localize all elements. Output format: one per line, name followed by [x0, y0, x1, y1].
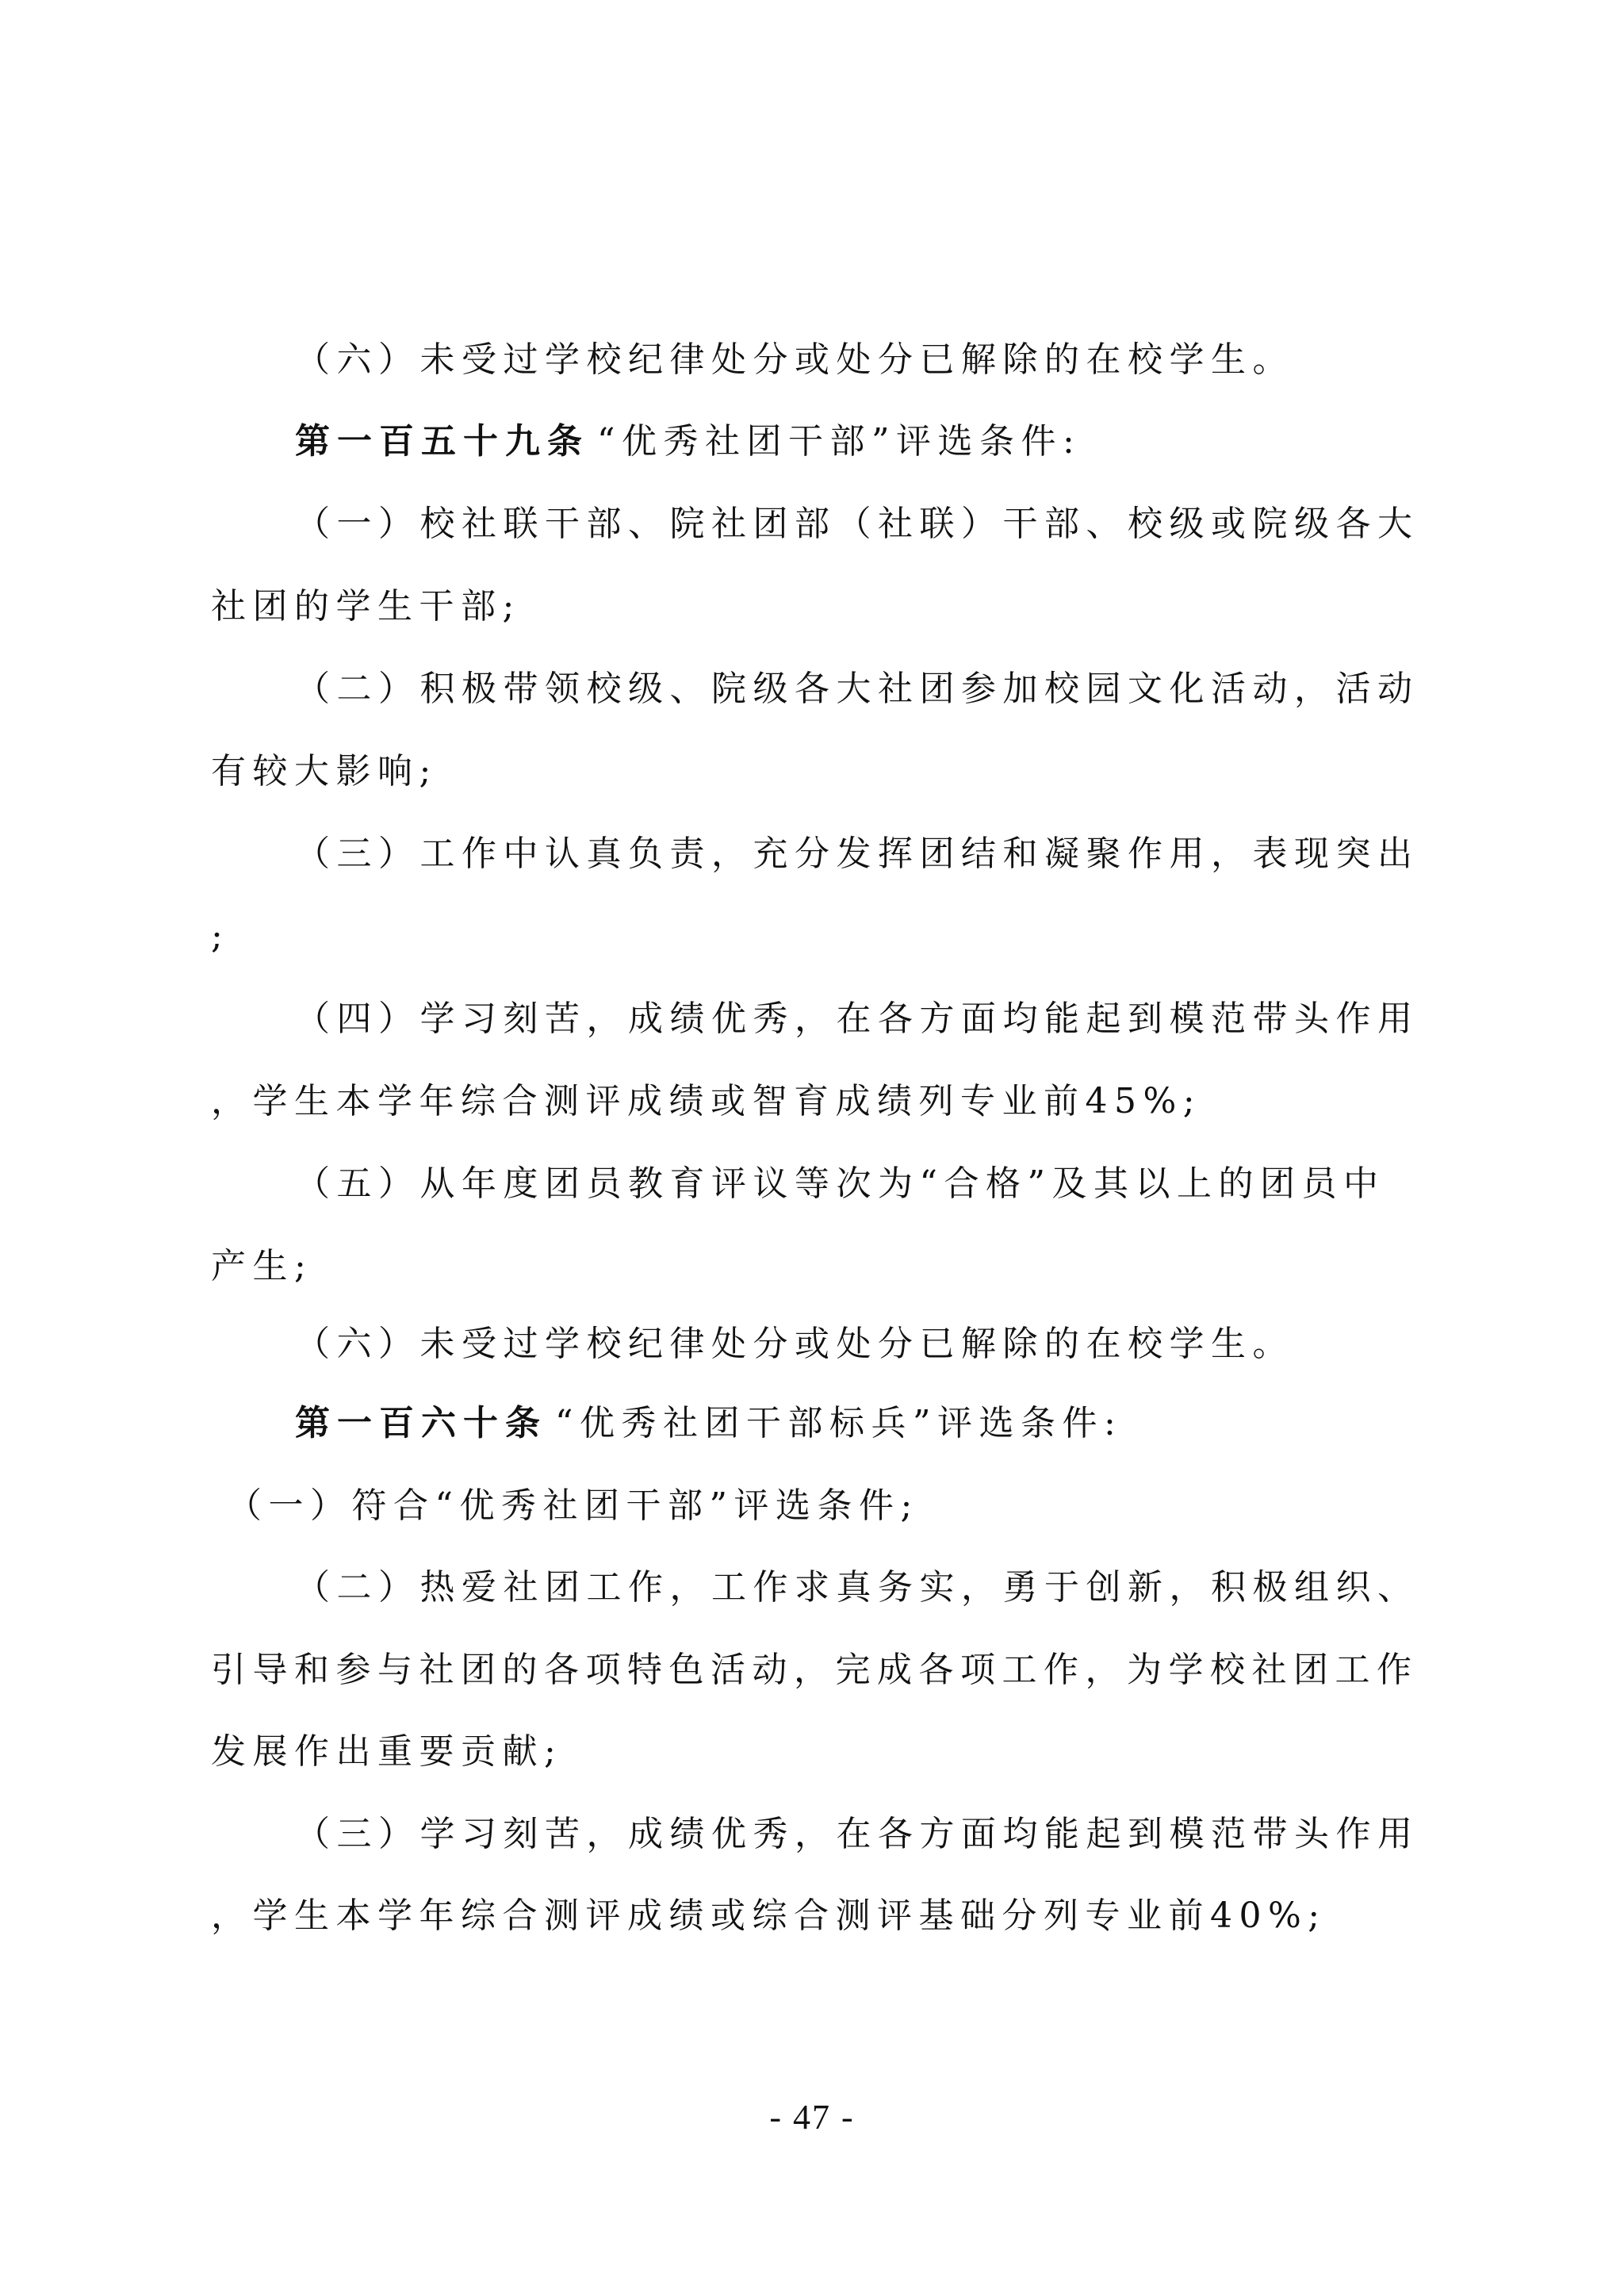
- clause-6-article-158: （六）未受过学校纪律处分或处分已解除的在校学生。: [295, 336, 1532, 384]
- article-160-clause-3: （三）学习刻苦，成绩优秀，在各方面均能起到模范带头作用: [295, 1811, 1532, 1858]
- article-160-clause-2-cont-2: 发展作出重要贡献;: [211, 1728, 1448, 1776]
- article-159-clause-3-cont: ;: [211, 913, 1448, 960]
- article-159-title: “优秀社团干部”评选条件:: [597, 421, 1081, 462]
- article-159-clause-4-cont: ，学生本学年综合测评成绩或智育成绩列专业前45%;: [211, 1078, 1448, 1125]
- article-160-heading: 第一百六十条“优秀社团干部标兵”评选条件:: [295, 1400, 1532, 1447]
- article-160-clause-3-cont: ，学生本学年综合测评成绩或综合测评基础分列专业前40%;: [211, 1892, 1448, 1940]
- article-159-clause-4: （四）学习刻苦，成绩优秀，在各方面均能起到模范带头作用: [295, 995, 1532, 1043]
- article-159-clause-1-cont: 社团的学生干部;: [211, 583, 1448, 631]
- article-160-number: 第一百六十条: [295, 1403, 547, 1443]
- article-159-heading: 第一百五十九条“优秀社团干部”评选条件:: [295, 418, 1532, 466]
- article-159-number: 第一百五十九条: [295, 421, 589, 462]
- article-160-clause-1: （一）符合“优秀社团干部”评选条件;: [227, 1482, 1464, 1530]
- article-159-clause-5: （五）从年度团员教育评议等次为“合格”及其以上的团员中: [295, 1160, 1532, 1208]
- article-159-clause-5-cont: 产生;: [211, 1243, 1448, 1290]
- article-160-clause-2: （二）热爱社团工作，工作求真务实，勇于创新，积极组织、: [295, 1564, 1532, 1612]
- page-number: - 47 -: [0, 2098, 1624, 2137]
- article-160-title: “优秀社团干部标兵”评选条件:: [555, 1403, 1122, 1443]
- document-page: （六）未受过学校纪律处分或处分已解除的在校学生。 第一百五十九条“优秀社团干部”…: [0, 0, 1624, 2296]
- article-159-clause-2: （二）积极带领校级、院级各大社团参加校园文化活动，活动: [295, 665, 1532, 713]
- article-160-clause-2-cont: 引导和参与社团的各项特色活动，完成各项工作，为学校社团工作: [211, 1646, 1448, 1694]
- article-159-clause-6: （六）未受过学校纪律处分或处分已解除的在校学生。: [295, 1320, 1532, 1368]
- article-159-clause-1: （一）校社联干部、院社团部（社联）干部、校级或院级各大: [295, 500, 1532, 548]
- article-159-clause-2-cont: 有较大影响;: [211, 748, 1448, 795]
- article-159-clause-3: （三）工作中认真负责，充分发挥团结和凝聚作用，表现突出: [295, 830, 1532, 878]
